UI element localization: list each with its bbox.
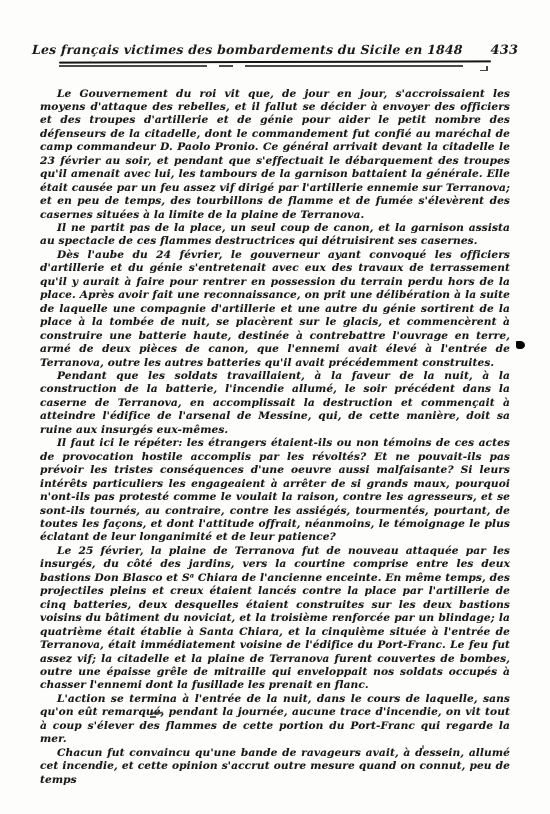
paragraph: Le Gouvernement du roi vit que, de jour … (40, 88, 510, 223)
rule-dash (59, 65, 207, 67)
rule-tick-mark (480, 66, 488, 71)
ink-smudge-mark (150, 716, 156, 718)
page-header: Les français victimes des bombardements … (40, 42, 510, 58)
rule-dash (245, 65, 463, 67)
paragraph: Chacun fut convaincu qu'une bande de rav… (40, 747, 510, 787)
header-rule (59, 61, 491, 67)
paragraph: Pendant que les soldats travaillaient, à… (40, 370, 510, 437)
running-title: Les français victimes des bombardements … (32, 42, 463, 57)
paragraph: Il faut ici le répéter: les étrangers ét… (40, 437, 510, 545)
rule-dash (219, 65, 233, 67)
paragraph: Dès l'aube du 24 février, le gouverneur … (40, 249, 510, 370)
header-rule-dashes (59, 65, 491, 67)
ink-blot (516, 341, 525, 349)
ink-smudge-mark (152, 712, 163, 715)
page-body: Le Gouvernement du roi vit que, de jour … (40, 88, 510, 788)
paragraph: Le 25 février, la plaine de Terranova fu… (40, 545, 510, 693)
ink-dot (422, 745, 424, 749)
ink-smudge (152, 712, 163, 718)
header-rule-main (59, 60, 491, 63)
paragraph: Il ne partit pas de la place, un seul co… (40, 222, 510, 249)
scanned-page: Les français victimes des bombardements … (0, 0, 550, 814)
page-number: 433 (491, 43, 519, 58)
paragraph: L'action se termina à l'entrée de la nui… (40, 693, 510, 747)
